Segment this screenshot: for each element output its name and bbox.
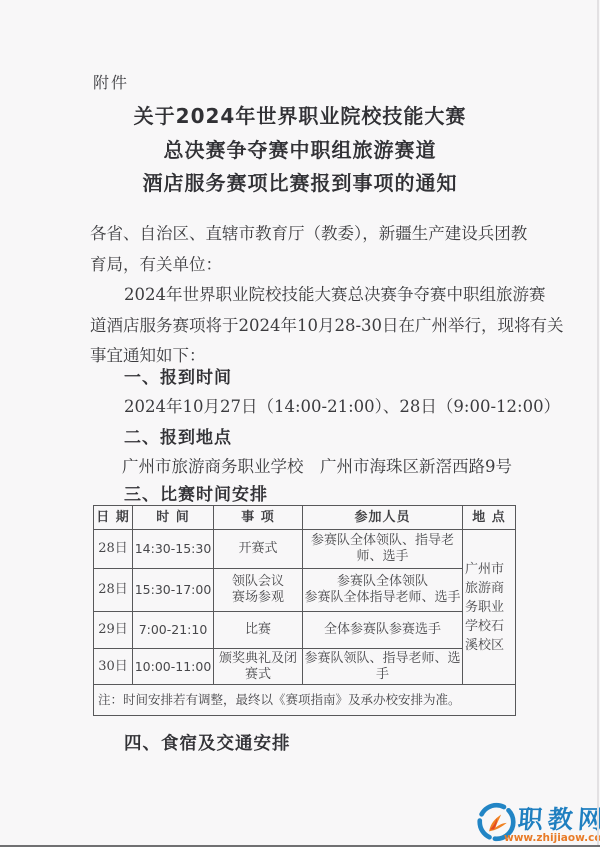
table-header-date: 日 期	[94, 506, 133, 530]
table-row: 29日	[94, 612, 133, 649]
notice-title-line-1: 关于2024年世界职业院校技能大赛	[0, 100, 600, 129]
intro-paragraph-line-1: 2024年世界职业院校技能大赛总决赛争夺赛中职组旅游赛	[124, 281, 546, 305]
section-3-heading: 三、比赛时间安排	[124, 480, 268, 505]
table-note: 注：时间安排若有调整，最终以《赛项指南》及承办校安排为准。	[94, 685, 515, 715]
salutation-line-1: 各省、自治区、直辖市教育厅（教委），新疆生产建设兵团教	[90, 220, 527, 244]
site-name: 职教网	[517, 800, 600, 836]
table-cell-time: 7:00-21:10	[133, 612, 214, 649]
table-cell-location-merged: 广州市旅游商务职业学校石溪校区	[463, 530, 515, 685]
notice-title-line-3: 酒店服务赛项比赛报到事项的通知	[0, 167, 600, 196]
table-header-location: 地 点	[463, 506, 515, 530]
attachment-label: 附件	[93, 70, 129, 93]
participants-line-1: 参赛队全体领队	[337, 574, 428, 590]
event-line-2: 赛场参观	[232, 590, 284, 606]
section-2-heading: 二、报到地点	[124, 423, 232, 448]
section-2-body: 广州市旅游商务职业学校 广州市海珠区新滘西路9号	[122, 453, 512, 477]
table-row: 30日	[94, 649, 133, 685]
table-row: 28日	[94, 530, 133, 569]
section-4-heading: 四、食宿及交通安排	[124, 730, 291, 755]
table-cell-participants: 参赛队全体领队 参赛队全体指导老师、选手	[303, 569, 463, 612]
event-line-1: 领队会议	[232, 574, 284, 590]
notice-title-line-2: 总决赛争夺赛中职组旅游赛道	[0, 134, 600, 163]
intro-paragraph-line-2: 道酒店服务赛项将于2024年10月28-30日在广州举行，现将有关	[90, 312, 564, 336]
table-cell-time: 14:30-15:30	[133, 530, 214, 569]
table-cell-event: 颁奖典礼及闭赛式	[214, 649, 303, 685]
salutation-line-2: 育局，有关单位：	[90, 251, 222, 275]
participants-line-2: 参赛队全体指导老师、选手	[304, 590, 460, 606]
table-cell-time: 15:30-17:00	[133, 569, 214, 612]
table-cell-participants: 参赛队领队、指导老师、选手	[303, 649, 463, 685]
table-cell-event: 比赛	[214, 612, 303, 649]
table-cell-participants: 全体参赛队参赛选手	[303, 612, 463, 649]
section-1-body: 2024年10月27日（14:00-21:00）、28日（9:00-12:00）	[124, 393, 560, 417]
competition-schedule-table: 日 期 时 间 事 项 参加人员 地 点 广州市旅游商务职业学校石溪校区 28日…	[93, 505, 516, 716]
section-1-heading: 一、报到时间	[124, 363, 232, 388]
table-header-time: 时 间	[133, 506, 214, 530]
site-url: www.zhijiaow.com	[504, 832, 600, 844]
scanned-notice-document: 附件 关于2024年世界职业院校技能大赛 总决赛争夺赛中职组旅游赛道 酒店服务赛…	[0, 0, 600, 847]
table-cell-event: 开赛式	[214, 530, 303, 569]
table-row: 28日	[94, 569, 133, 612]
table-header-participants: 参加人员	[303, 506, 463, 530]
table-header-event: 事 项	[214, 506, 303, 530]
table-cell-time: 10:00-11:00	[133, 649, 214, 685]
scan-right-edge	[597, 0, 599, 847]
table-cell-event: 领队会议 赛场参观	[214, 569, 303, 612]
zhijiaow-watermark: 职教网 www.zhijiaow.com	[476, 799, 598, 846]
table-cell-participants: 参赛队全体领队、指导老师、选手	[303, 530, 463, 569]
